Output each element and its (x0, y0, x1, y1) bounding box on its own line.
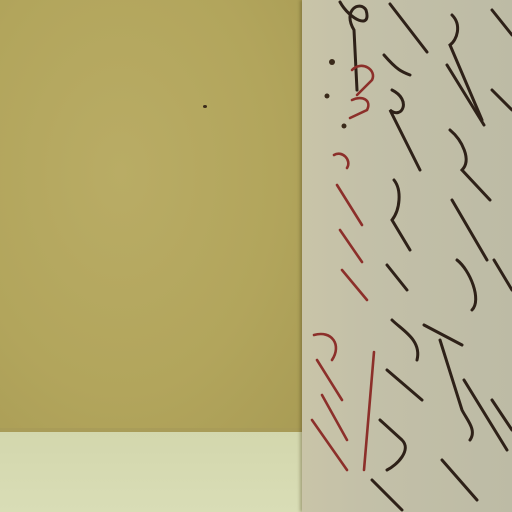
manuscript-photo (0, 0, 512, 512)
handwriting-strokes (302, 0, 512, 512)
pale-underlay-paper (0, 432, 302, 512)
ink-speck (203, 105, 207, 108)
olive-mounting-board (0, 0, 302, 432)
manuscript-paper (302, 0, 512, 512)
